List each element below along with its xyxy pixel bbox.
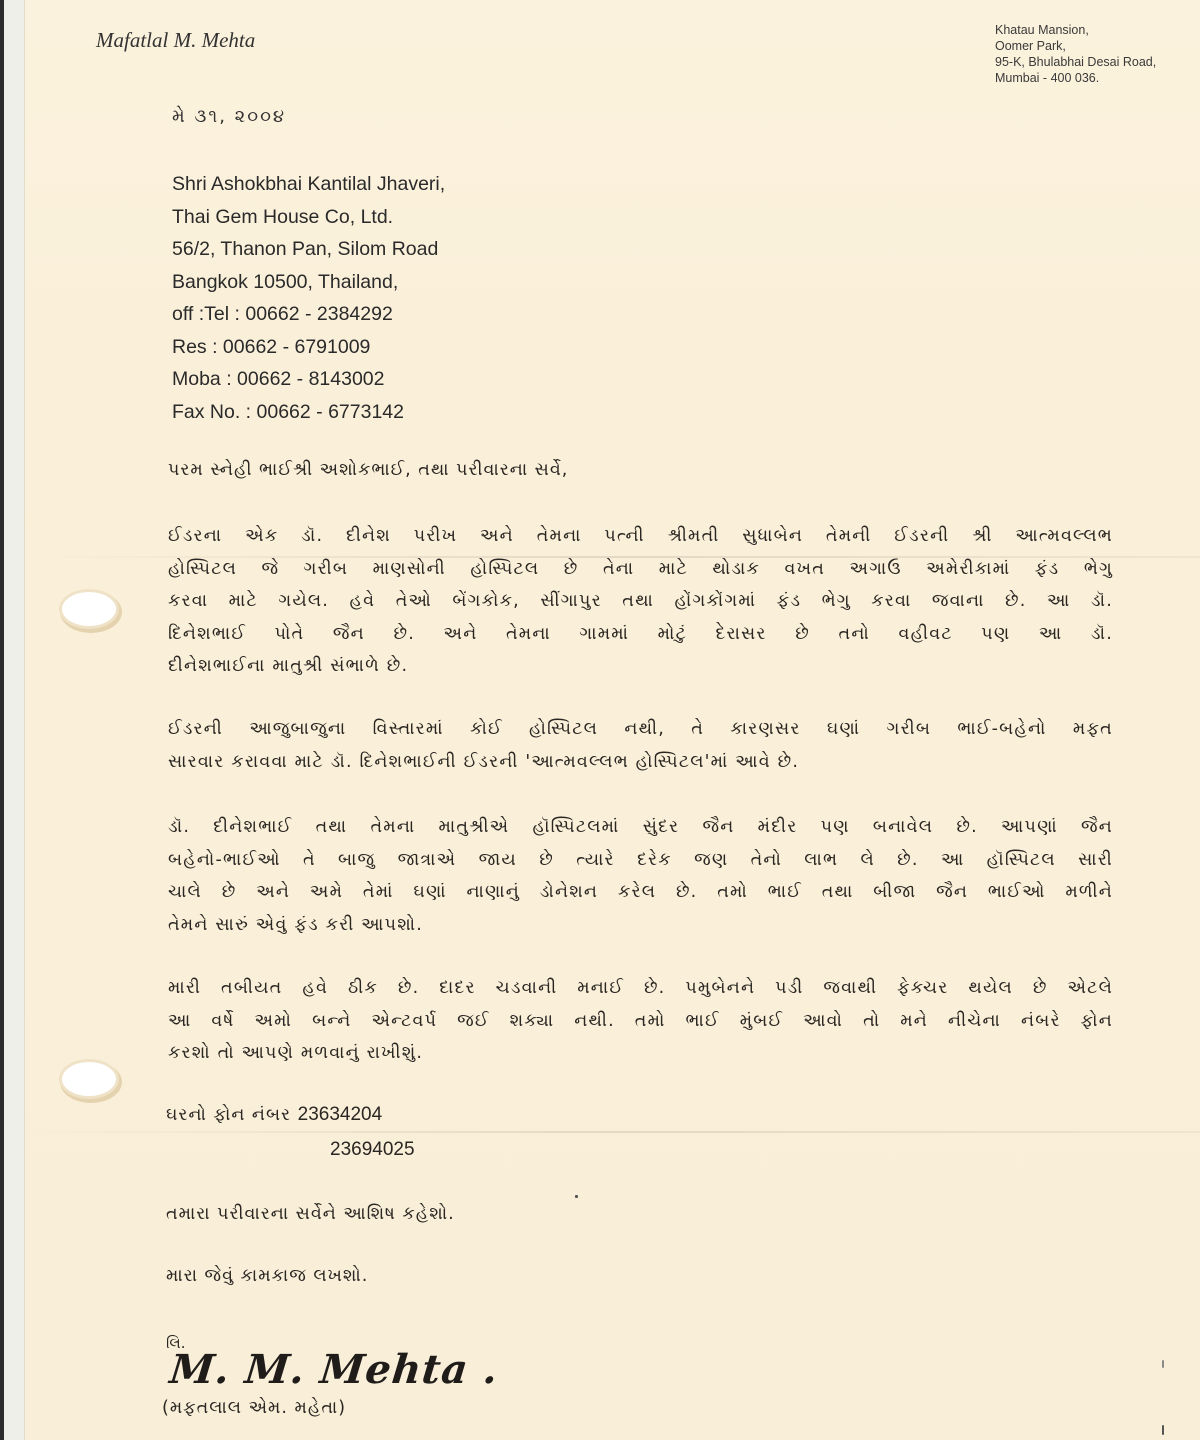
home-phone-label: ઘરનો ફોન નંબર	[166, 1105, 291, 1125]
recipient-name: Shri Ashokbhai Kantilal Jhaveri,	[172, 168, 445, 201]
paragraph-line: ઈડરની આજુબાજુના વિસ્તારમાં કોઈ હોસ્પિટલ …	[168, 713, 1113, 746]
paragraph-line: હોસ્પિટલ જે ગરીબ માણસોની હોસ્પિટલ છે તેન…	[168, 553, 1113, 586]
body-paragraph-2: ઈડરની આજુબાજુના વિસ્તારમાં કોઈ હોસ્પિટલ …	[168, 713, 1113, 778]
paragraph-line: તેમને સારું એવું ફંડ કરી આપશો.	[168, 909, 1113, 942]
blessing-line: તમારા પરીવારના સર્વેને આશિષ કહેશો.	[166, 1204, 455, 1224]
paragraph-line: ઈડરના એક ડૉ. દીનેશ પરીખ અને તેમના પત્ની …	[168, 520, 1113, 553]
paragraph-line: બહેનો-ભાઈઓ તે બાજુ જાત્રાએ જાય છે ત્યારે…	[168, 844, 1113, 877]
ink-speck	[575, 1195, 578, 1198]
paragraph-line: સારવાર કરાવવા માટે ડૉ. દિનેશભાઈની ઈડરની …	[168, 746, 1113, 779]
address-line: Oomer Park,	[995, 38, 1156, 54]
ink-speck	[1162, 1360, 1164, 1368]
signer-name: (મફતલાલ એમ. મહેતા)	[162, 1398, 346, 1418]
address-line: 95-K, Bhulabhai Desai Road,	[995, 54, 1156, 70]
letter-date: મે ૩૧, ૨૦૦૪	[172, 106, 286, 127]
paragraph-line: ચાલે છે અને અમે તેમાં ઘણાં નાણાનું ડોનેશ…	[168, 876, 1113, 909]
recipient-block: Shri Ashokbhai Kantilal Jhaveri, Thai Ge…	[172, 168, 445, 428]
punch-hole-top	[62, 592, 116, 626]
sender-address: Khatau Mansion, Oomer Park, 95-K, Bhulab…	[995, 22, 1156, 86]
recipient-city: Bangkok 10500, Thailand,	[172, 266, 445, 299]
home-phone-number-2: 23694025	[330, 1139, 415, 1161]
address-line: Mumbai - 400 036.	[995, 70, 1156, 86]
recipient-company: Thai Gem House Co, Ltd.	[172, 201, 445, 234]
body-paragraph-4: મારી તબીયત હવે ઠીક છે. દાદર ચડવાની મનાઈ …	[168, 972, 1113, 1070]
recipient-mobile: Moba : 00662 - 8143002	[172, 363, 445, 396]
body-paragraph-3: ડૉ. દીનેશભાઈ તથા તેમના માતુશ્રીએ હૉસ્પિટ…	[168, 811, 1113, 941]
paragraph-line: દીનેશભાઈના માતુશ્રી સંભાળે છે.	[168, 650, 1113, 683]
punch-hole-bottom	[62, 1062, 116, 1096]
home-phone-line: ઘરનો ફોન નંબર 23634204	[166, 1104, 382, 1126]
paper-fold-line	[25, 1131, 1200, 1133]
scan-margin-strip	[4, 0, 25, 1440]
recipient-street: 56/2, Thanon Pan, Silom Road	[172, 233, 445, 266]
paragraph-line: કરશો તો આપણે મળવાનું રાખીશું.	[168, 1037, 1113, 1070]
paragraph-line: ડૉ. દીનેશભાઈ તથા તેમના માતુશ્રીએ હૉસ્પિટ…	[168, 811, 1113, 844]
recipient-res-tel: Res : 00662 - 6791009	[172, 331, 445, 364]
paragraph-line: કરવા માટે ગયેલ. હવે તેઓ બેંગકોક, સીંગાપુ…	[168, 585, 1113, 618]
home-phone-number-1: 23634204	[298, 1104, 383, 1125]
body-paragraph-1: ઈડરના એક ડૉ. દીનેશ પરીખ અને તેમના પત્ની …	[168, 520, 1113, 683]
paragraph-line: દિનેશભાઈ પોતે જૈન છે. અને તેમના ગામમાં મ…	[168, 618, 1113, 651]
recipient-office-tel: off :Tel : 00662 - 2384292	[172, 298, 445, 331]
paragraph-line: આ વર્ષે અમો બન્ને એન્ટવર્પ જઈ શક્યા નથી.…	[168, 1005, 1113, 1038]
salutation: પરમ સ્નેહી ભાઈશ્રી અશોકભાઈ, તથા પરીવારના…	[168, 460, 568, 480]
address-line: Khatau Mansion,	[995, 22, 1156, 38]
ink-speck	[1162, 1425, 1164, 1435]
letterhead-name: Mafatlal M. Mehta	[96, 28, 255, 53]
closing-line: મારા જેવું કામકાજ લખશો.	[166, 1266, 368, 1286]
recipient-fax: Fax No. : 00662 - 6773142	[172, 396, 445, 429]
handwritten-signature: M. M. Mehta .	[168, 1346, 501, 1393]
paragraph-line: મારી તબીયત હવે ઠીક છે. દાદર ચડવાની મનાઈ …	[168, 972, 1113, 1005]
